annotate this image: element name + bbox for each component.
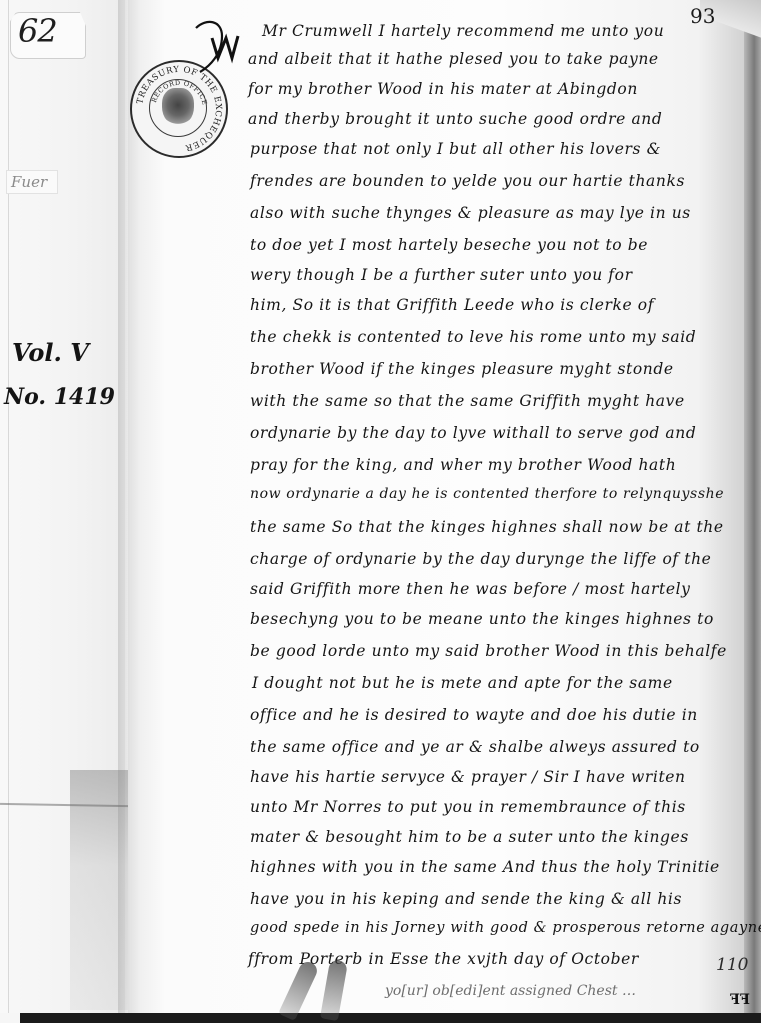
- letter-line: frendes are bounden to yelde you our har…: [250, 172, 685, 190]
- letter-line: the same So that the kinges highnes shal…: [250, 518, 724, 536]
- guard-edge: [8, 0, 9, 1013]
- endorsement: yo[ur] ob[edi]ent assigned Chest …: [385, 983, 636, 999]
- letter-line: with the same so that the same Griffith …: [250, 392, 685, 410]
- letter-line: besechyng you to be meane unto the kinge…: [250, 610, 714, 628]
- letter-line: mater & besought him to be a suter unto …: [250, 828, 689, 846]
- letter-line: also with suche thynges & pleasure as ma…: [250, 204, 691, 222]
- letter-line: wery though I be a further suter unto yo…: [250, 266, 633, 284]
- crest-icon: [162, 88, 194, 126]
- letter-line: have you in his keping and sende the kin…: [250, 890, 682, 908]
- letter-line: be good lorde unto my said brother Wood …: [250, 642, 727, 660]
- letter-line: highnes with you in the same And thus th…: [250, 858, 720, 876]
- letter-line: and therby brought it unto suche good or…: [248, 110, 662, 128]
- letter-line: pray for the king, and wher my brother W…: [250, 456, 676, 474]
- scan-border: [20, 1013, 761, 1023]
- letter-line: him, So it is that Griffith Leede who is…: [250, 296, 654, 314]
- letter-line: the same office and ye ar & shalbe alwey…: [250, 738, 700, 756]
- bottom-mark: ꟻꟻ: [730, 992, 750, 1008]
- letter-line: ordynarie by the day to lyve withall to …: [250, 424, 696, 442]
- volume-label: Vol. V: [12, 338, 89, 367]
- item-number: No. 1419: [4, 384, 115, 410]
- page-number-top: 93: [690, 4, 715, 28]
- folio-number: 62: [18, 12, 57, 50]
- document-scan: 62 Fuer Vol. V No. 1419 93 TREASURY OF T…: [0, 0, 761, 1023]
- letter-line: office and he is desired to wayte and do…: [250, 706, 698, 724]
- initial-flourish-icon: [192, 14, 252, 74]
- letter-line: for my brother Wood in his mater at Abin…: [248, 80, 638, 98]
- binding-edge: [744, 0, 761, 1013]
- letter-line: the chekk is contented to leve his rome …: [250, 328, 696, 346]
- letter-line: have his hartie servyce & prayer / Sir I…: [250, 768, 686, 786]
- letter-line: Mr Crumwell I hartely recommend me unto …: [262, 22, 664, 40]
- letter-line: I dought not but he is mete and apte for…: [252, 674, 673, 692]
- letter-line: and albeit that it hathe plesed you to t…: [248, 50, 659, 68]
- letter-line: purpose that not only I but all other hi…: [250, 140, 661, 158]
- letter-line: now ordynarie a day he is contented ther…: [250, 486, 724, 502]
- letter-line: to doe yet I most hartely beseche you no…: [250, 236, 648, 254]
- pencil-note: Fuer: [6, 170, 58, 194]
- letter-line: charge of ordynarie by the day durynge t…: [250, 550, 711, 568]
- letter-line: brother Wood if the kinges pleasure mygh…: [250, 360, 674, 378]
- page-number-bottom: 110: [716, 955, 748, 975]
- letter-line: unto Mr Norres to put you in remembraunc…: [250, 798, 686, 816]
- record-office-stamp-icon: TREASURY OF THE EXCHEQUER RECORD OFFICE: [130, 60, 228, 158]
- letter-line: good spede in his Jorney with good & pro…: [250, 920, 761, 936]
- letter-line: said Griffith more then he was before / …: [250, 580, 691, 598]
